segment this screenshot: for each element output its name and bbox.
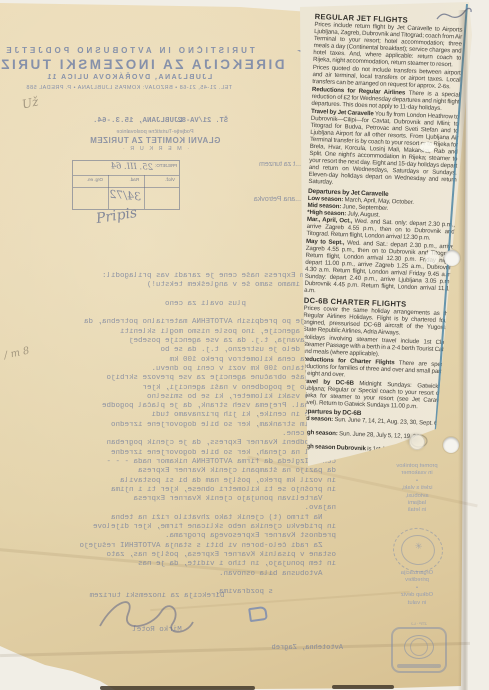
letter-line: sporazum Express naše cene je zaradi vas…	[4, 272, 336, 281]
clipping-block: Travel by DC-6B Midnight Sundays: Gatwic…	[300, 377, 449, 411]
signature-block: Direkcija za inozemski turizem Mirko Rot…	[68, 592, 246, 634]
stamp-col1: Vlož.	[165, 177, 175, 182]
text-fragment: ...ana Petrovka	[196, 196, 301, 203]
letter-line: cene. Izgleda da firma AVTOTEHNA nikamor…	[4, 458, 336, 467]
footer-line: •	[386, 478, 448, 485]
text-fragment: ...t za turizem	[196, 161, 301, 168]
letterhead-line4: TEL. 21-45, 21-68 • BRZOJAV: KOMPAS LJUB…	[0, 85, 313, 91]
letter-line: (cenike imamo samo še v angleškem tekstu…	[4, 281, 336, 290]
letter-line: in pridevku cjenika nebo sklicane firme,…	[4, 523, 336, 532]
emblem-wheel-inner	[410, 638, 428, 656]
letter-line: naročil na cjenah, ker so bile dogovorje…	[4, 449, 336, 458]
footer-line: in valut	[386, 600, 448, 607]
footer-line: izleti s vlaki,	[386, 485, 448, 492]
scan-shadow-strip	[100, 686, 255, 690]
letterhead-line3: LJUBLJANA, DVOŘÁKOVA ULICA 11	[0, 74, 313, 81]
blue-pen-mark	[248, 606, 268, 622]
stamp-row-labels: Vlož. Rad. Org. en.	[73, 175, 179, 188]
letter-line	[4, 579, 336, 588]
letter-line: in vozil km preko, pošlje nam da bi si p…	[4, 477, 336, 486]
letter-line: plačajo vsaki kilometer, ki se bo smisel…	[4, 393, 336, 402]
clipping-blemish	[420, 142, 435, 152]
footer-line: •	[386, 585, 448, 592]
letter-line: potem ko je pogodbeno v naši agenciji, k…	[4, 384, 336, 393]
letter-line: njihove agencije, ino posle nismo mogli …	[4, 328, 336, 337]
letter-line: največja cena kilometrov preko 100 km	[4, 356, 336, 365]
letterhead-line2: DIREKCIJA ZA INOZEMSKI TURIZEM	[0, 57, 313, 72]
clipping-block: Travel by Jet Caravelle You fly from Lon…	[308, 108, 459, 191]
letter-line: obračunavanja, t.j. da za vse agencije p…	[4, 337, 336, 346]
emblem-bar	[397, 664, 441, 668]
stamp-number-handwritten: 34/72	[109, 188, 142, 204]
letter-line	[4, 309, 336, 318]
letter-line: in tem ponujajo, in tiho i vidite, da je…	[4, 560, 336, 569]
emblem-caption: ZTP · LJ	[393, 621, 445, 626]
letter-line: Za radi čelo-boren vi biti s stanja AVTO…	[4, 542, 336, 551]
letter-line: in se stalno 100 km vozi v ceni po dnevu…	[4, 365, 336, 374]
paper-edge-shadow	[458, 10, 468, 690]
letter-line: Na firmo (t) cjenik tako zhvatilo riži n…	[4, 514, 336, 523]
signature-name: Mirko Rotel	[68, 626, 246, 634]
stamp-title: PREJETO:	[155, 163, 177, 168]
clipping-block: Prices include return flight by Jet Cara…	[313, 21, 463, 69]
footer-line: avtobusi,	[386, 493, 448, 500]
footer-line: in vsakomer	[386, 470, 448, 477]
letter-line: in prošnjo se ti kilometri obnese, kjer …	[4, 486, 336, 495]
hole-ghost	[425, 251, 439, 265]
letter-line: Pogodbeni Kvarner Express, da je cjenik …	[4, 439, 336, 448]
footer-line: Odkup deviz	[386, 592, 448, 599]
scanned-letter-page: TURISTIČNO IN AVTOBUSNO PODJETJE DIREKCI…	[0, 0, 489, 690]
clipping-block: May to Sept., Wed. and Sat.: depart 2.30…	[304, 237, 454, 299]
signature-org-line: Direkcija za inozemski turizem	[68, 592, 246, 600]
letter-body-mirrored: sporazum Express naše cene je zaradi vas…	[4, 272, 336, 597]
stamp-row-date: PREJETO: 25. III. 64	[73, 161, 179, 176]
footer-line: in letali	[386, 507, 448, 514]
clipping-block: Prices cover the same holiday arrangemen…	[303, 304, 452, 338]
letterhead-line1: TURISTIČNO IN AVTOBUSNO PODJETJE	[0, 46, 313, 55]
stamp-divider	[144, 175, 145, 209]
letter-line: Vartelivan ponujajo cjenik Kvarner Expre…	[4, 495, 336, 504]
letter-line: in tako delo je ustrezno, t.j. da se bo	[4, 346, 336, 355]
addressee-line3: · M E R K U R ·	[60, 146, 250, 152]
footer-services-column: promet potnikovin vsakomer•izleti s vlak…	[386, 463, 448, 515]
received-stamp-box: PREJETO: 25. III. 64 Vlož. Rad. Org. en.…	[72, 160, 180, 210]
letter-line: ostane v pisalnik Kvarner Expresa, pošlj…	[4, 551, 336, 560]
letterhead-emblem-box: ZTP · LJ	[391, 627, 447, 673]
letter-line: Ker je po predpisih AVTOTEHNA materialno…	[4, 318, 336, 327]
footer-line: prireditev	[386, 577, 448, 584]
footer-line: promet potnikov	[386, 463, 448, 470]
letter-line: plus ovali za ceno	[4, 300, 336, 309]
letter-line: Za naše obračune agencije za vse prevoze…	[4, 374, 336, 383]
letter-line: prednost Kvarner Expresovega programa.	[4, 532, 336, 541]
letter-line: Avtobusna bila osnovan.	[4, 570, 336, 579]
hole-ghost	[409, 434, 425, 450]
reference-line: ŠT. 21/VA-82	[168, 117, 228, 125]
date-line: LJUBLJANA, 15.3.-64.	[58, 117, 183, 125]
letter-line: da pazijo na štampani cjenik Kvarner Exp…	[4, 467, 336, 476]
letterhead-mirrored: TURISTIČNO IN AVTOBUSNO PODJETJE DIREKCI…	[0, 46, 313, 91]
addressee-line1: Podjetje-Turistične poslovalnice	[60, 129, 250, 135]
letter-line: prevoze in cenike, ki jih priznavamo tud…	[4, 411, 336, 420]
footer-services-column-2: Organizacijaprireditev•Odkup devizin val…	[386, 570, 448, 607]
footer-line: ladjami	[386, 500, 448, 507]
addressee-line2: GLAVNI KOMITET ZA TURIZEM	[60, 136, 250, 145]
addressee-block: Podjetje-Turistične poslovalnice GLAVNI …	[60, 129, 250, 152]
letter-line: njihovim strankam, ker so bile dogovorje…	[4, 421, 336, 430]
letter-line	[4, 291, 336, 300]
punch-hole	[443, 437, 459, 453]
scan-shadow-strip	[332, 685, 394, 689]
stamp-date-handwritten: 25. III. 64	[110, 161, 153, 172]
stamp-col2: Rad.	[129, 177, 139, 182]
letter-line: ugodne cene.	[4, 430, 336, 439]
stamp-col3: Org. en.	[87, 177, 103, 182]
cc-line: Avtotehna, Zagreb	[228, 644, 343, 652]
letter-line: najavo.	[4, 504, 336, 513]
letter-line: obračunal. Prejema vseh strank, da je pl…	[4, 402, 336, 411]
